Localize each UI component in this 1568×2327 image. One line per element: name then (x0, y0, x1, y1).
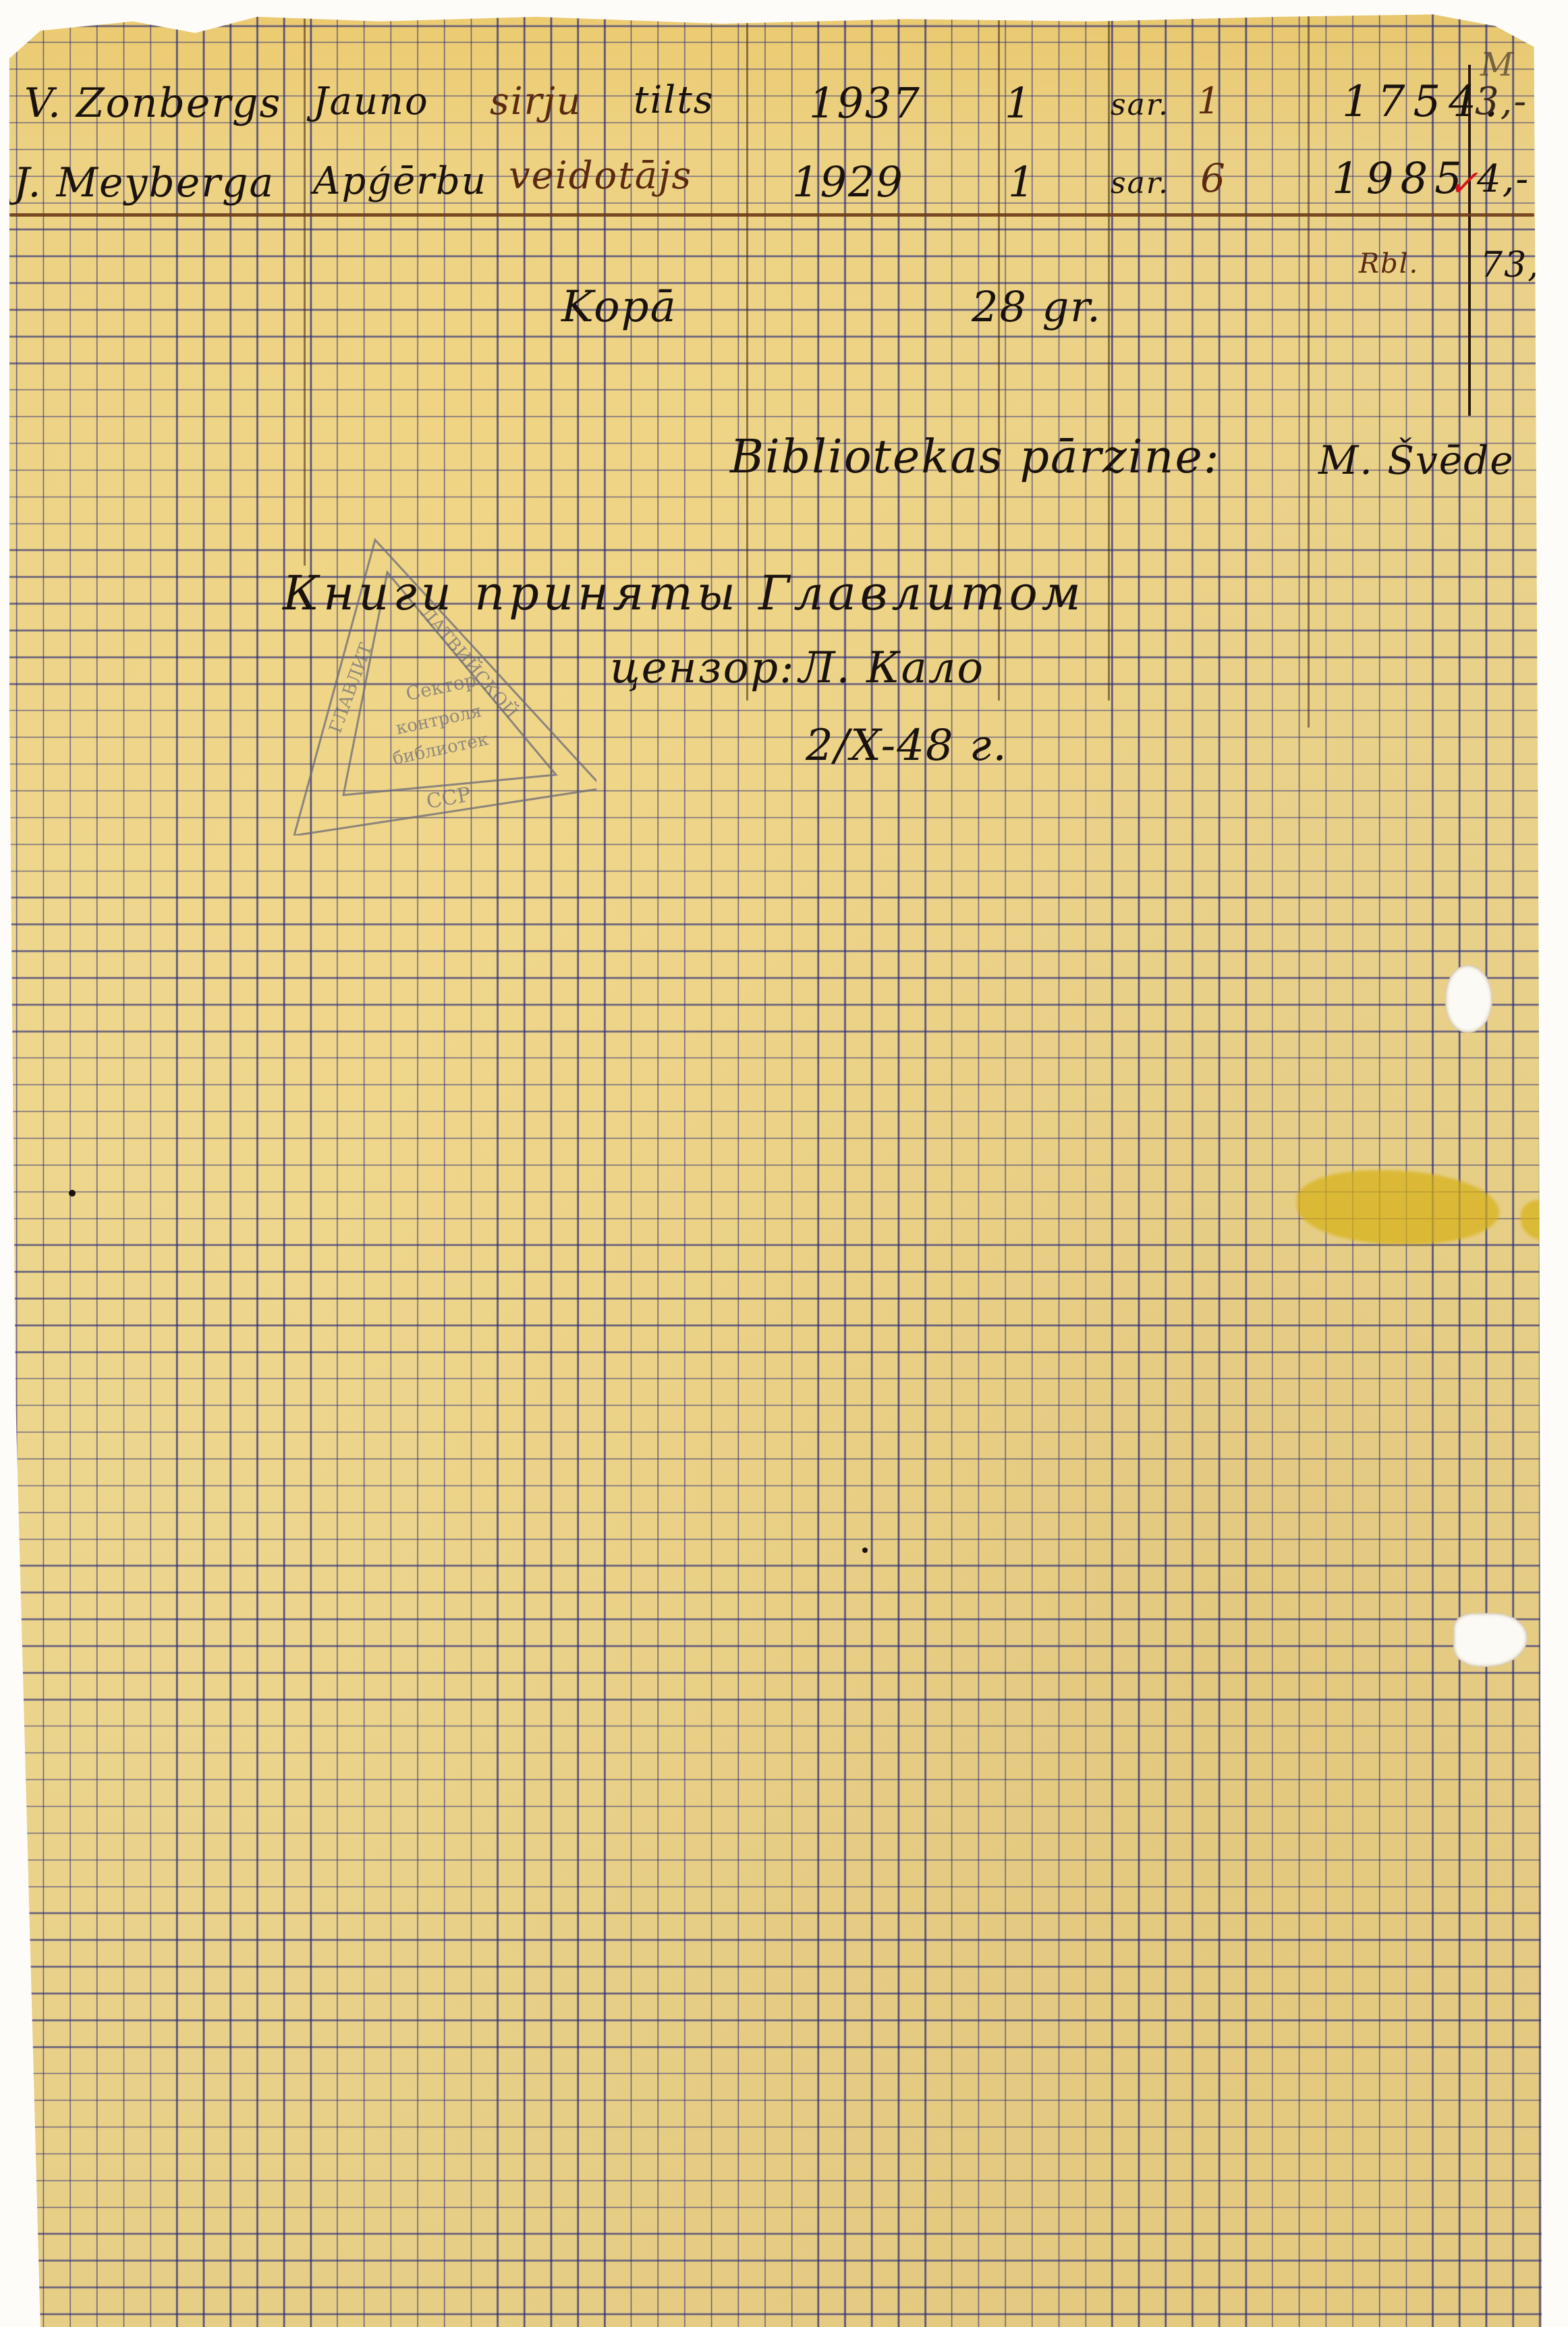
title-cell: sirju (490, 80, 582, 124)
section-number: 6 (1200, 155, 1227, 201)
censor-name: Л. Кало (799, 643, 984, 693)
title-cell: veidotājs (509, 154, 692, 198)
count-cell: 1 (1005, 78, 1032, 128)
author-cell: V. Zonbergs (24, 80, 281, 127)
price-cell: 4,- (1477, 157, 1530, 201)
column-divider (1108, 12, 1110, 701)
total-count: 28 gr. (972, 282, 1102, 331)
paper-sheet: V. Zonbergs Jauno sirju tilts 1937 1 sar… (9, 12, 1557, 2327)
currency-label: Rbl. (1359, 248, 1419, 279)
ink-dot (862, 1548, 868, 1553)
column-divider (304, 12, 306, 566)
punch-hole (1445, 965, 1492, 1033)
title-cell: tilts (634, 78, 715, 122)
total-label: Kopā (561, 282, 677, 332)
librarian-label: Bibliotekas pārzine: (730, 431, 1221, 484)
ink-dot (69, 1190, 76, 1197)
year-cell: 1937 (809, 78, 921, 128)
censor-note-line1: Книги приняты Главлитом (283, 566, 1085, 621)
svg-text:Сектор: Сектор (404, 669, 478, 705)
table-underline (9, 213, 1534, 217)
author-cell: J. Meyberga (13, 159, 275, 207)
censor-label: цензор: (610, 643, 795, 693)
censor-date: 2/X-48 г. (806, 721, 1008, 771)
section-label: sar. (1111, 166, 1169, 200)
title-cell: Jauno (313, 80, 429, 124)
total-price: 73,- (1480, 245, 1553, 285)
corner-pencil-mark: M (1480, 46, 1515, 84)
title-cell: Apģērbu (313, 159, 487, 203)
graph-grid (9, 12, 1557, 2327)
price-cell: 3,- (1475, 80, 1528, 124)
librarian-name: M. Švēde (1318, 437, 1515, 483)
svg-text:ГЛАВЛИТ: ГЛАВЛИТ (325, 640, 376, 736)
paper-stain (1521, 1200, 1568, 1240)
year-cell: 1929 (792, 157, 904, 207)
count-cell: 1 (1008, 157, 1036, 207)
column-divider (1308, 12, 1310, 728)
section-number: 1 (1197, 80, 1221, 122)
check-mark-icon: ✓ (1448, 162, 1480, 204)
section-label: sar. (1111, 88, 1169, 122)
